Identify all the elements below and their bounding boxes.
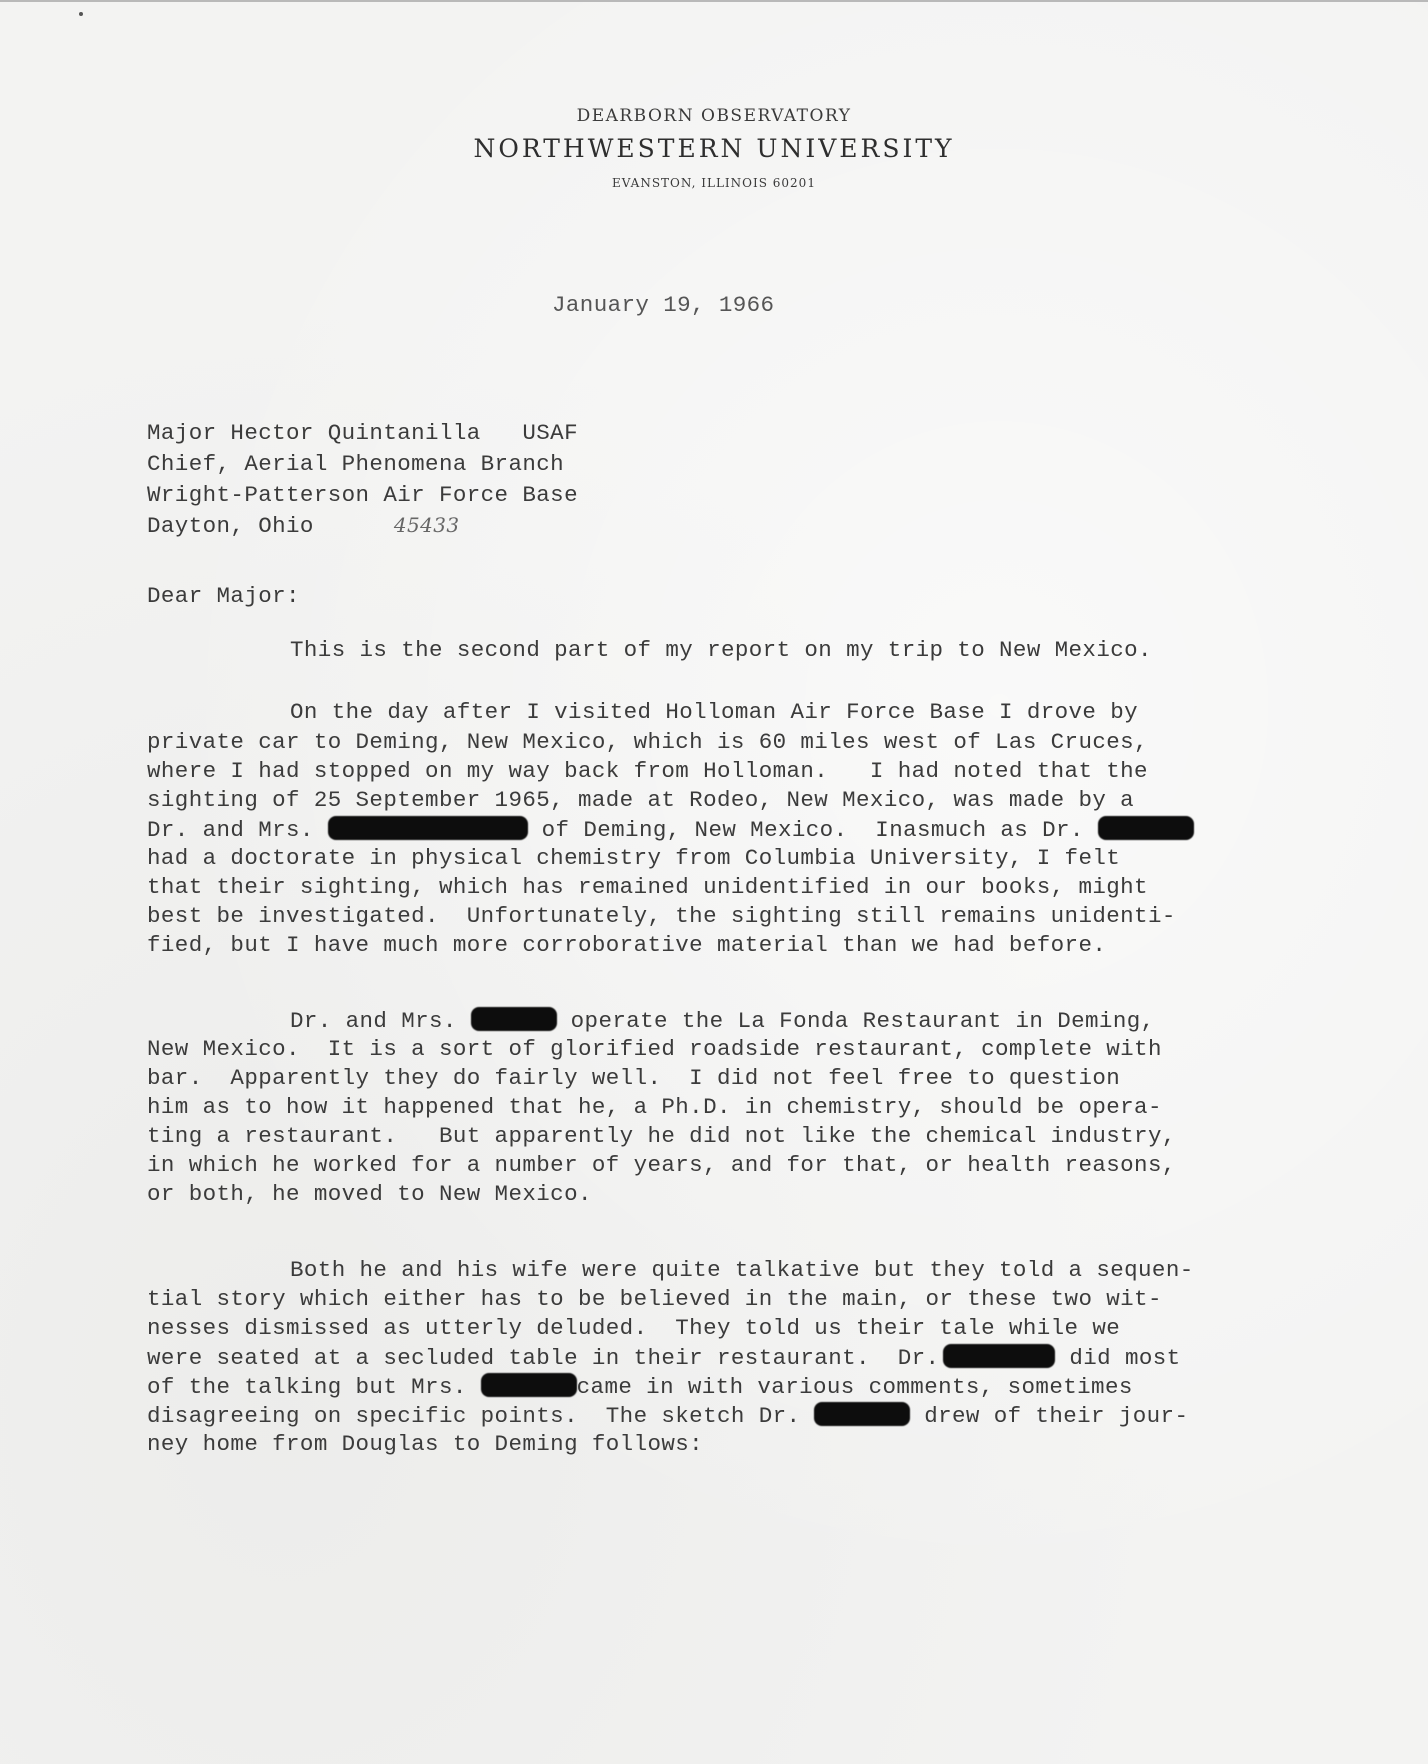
paragraph-line: in which he worked for a number of years…	[147, 1152, 1176, 1178]
paragraph-line: sighting of 25 September 1965, made at R…	[147, 787, 1134, 813]
paragraph-line: had a doctorate in physical chemistry fr…	[147, 845, 1120, 871]
paragraph-1-line: This is the second part of my report on …	[290, 637, 1152, 663]
letter-date: January 19, 1966	[552, 292, 774, 318]
redaction-bar	[1098, 816, 1194, 840]
recipient-title: Chief, Aerial Phenomena Branch	[147, 451, 564, 477]
paragraph-line: private car to Deming, New Mexico, which…	[147, 729, 1148, 755]
redaction-bar	[328, 816, 528, 840]
paragraph-line: On the day after I visited Holloman Air …	[290, 699, 1138, 725]
letterhead-department: DEARBORN OBSERVATORY	[0, 106, 1428, 126]
paragraph-line: ney home from Douglas to Deming follows:	[147, 1431, 703, 1457]
text-fragment: were seated at a secluded table in their…	[147, 1345, 939, 1371]
salutation: Dear Major:	[147, 583, 300, 609]
text-fragment: of the talking but Mrs.	[147, 1374, 481, 1400]
paragraph-line: nesses dismissed as utterly deluded. The…	[147, 1315, 1120, 1341]
recipient-name: Major Hector Quintanilla USAF	[147, 420, 578, 446]
paragraph-line: of the talking but Mrs. came in with var…	[147, 1373, 1133, 1400]
paragraph-line: were seated at a secluded table in their…	[147, 1344, 1181, 1371]
paragraph-line: best be investigated. Unfortunately, the…	[147, 903, 1176, 929]
text-fragment: came in with various comments, sometimes	[577, 1374, 1133, 1400]
paragraph-line: him as to how it happened that he, a Ph.…	[147, 1094, 1162, 1120]
text-fragment: did most	[1055, 1345, 1180, 1371]
paragraph-line: Both he and his wife were quite talkativ…	[290, 1257, 1194, 1283]
paragraph-line: bar. Apparently they do fairly well. I d…	[147, 1065, 1120, 1091]
scan-speck	[79, 12, 83, 16]
paragraph-line: Dr. and Mrs. of Deming, New Mexico. Inas…	[147, 816, 1194, 843]
letter-page: DEARBORN OBSERVATORY NORTHWESTERN UNIVER…	[0, 0, 1428, 1764]
text-fragment: disagreeing on specific points. The sket…	[147, 1403, 814, 1429]
recipient-zip: 45433	[394, 513, 460, 537]
redaction-bar	[814, 1402, 910, 1426]
letterhead-address: EVANSTON, ILLINOIS 60201	[0, 176, 1428, 190]
paragraph-line: where I had stopped on my way back from …	[147, 758, 1148, 784]
paragraph-line: that their sighting, which has remained …	[147, 874, 1148, 900]
redaction-bar	[471, 1007, 557, 1031]
redaction-bar	[481, 1373, 577, 1397]
recipient-base: Wright-Patterson Air Force Base	[147, 482, 578, 508]
recipient-city-line: Dayton, Ohio45433	[147, 513, 459, 539]
paragraph-line: ting a restaurant. But apparently he did…	[147, 1123, 1176, 1149]
paragraph-line: fied, but I have much more corroborative…	[147, 932, 1106, 958]
scan-top-edge	[0, 0, 1428, 2]
text-fragment: of Deming, New Mexico. Inasmuch as Dr.	[528, 817, 1098, 843]
letterhead-university: NORTHWESTERN UNIVERSITY	[0, 134, 1428, 163]
text-fragment: operate the La Fonda Restaurant in Demin…	[557, 1008, 1155, 1034]
paragraph-line: disagreeing on specific points. The sket…	[147, 1402, 1188, 1429]
recipient-city: Dayton, Ohio	[147, 513, 314, 539]
paragraph-line: Dr. and Mrs. operate the La Fonda Restau…	[290, 1007, 1155, 1034]
paragraph-line: tial story which either has to be believ…	[147, 1286, 1162, 1312]
paragraph-line: New Mexico. It is a sort of glorified ro…	[147, 1036, 1162, 1062]
text-fragment: Dr. and Mrs.	[147, 817, 328, 843]
text-fragment: Dr. and Mrs.	[290, 1008, 471, 1034]
redaction-bar	[943, 1344, 1055, 1368]
paragraph-line: or both, he moved to New Mexico.	[147, 1181, 592, 1207]
text-fragment: drew of their jour-	[910, 1403, 1188, 1429]
